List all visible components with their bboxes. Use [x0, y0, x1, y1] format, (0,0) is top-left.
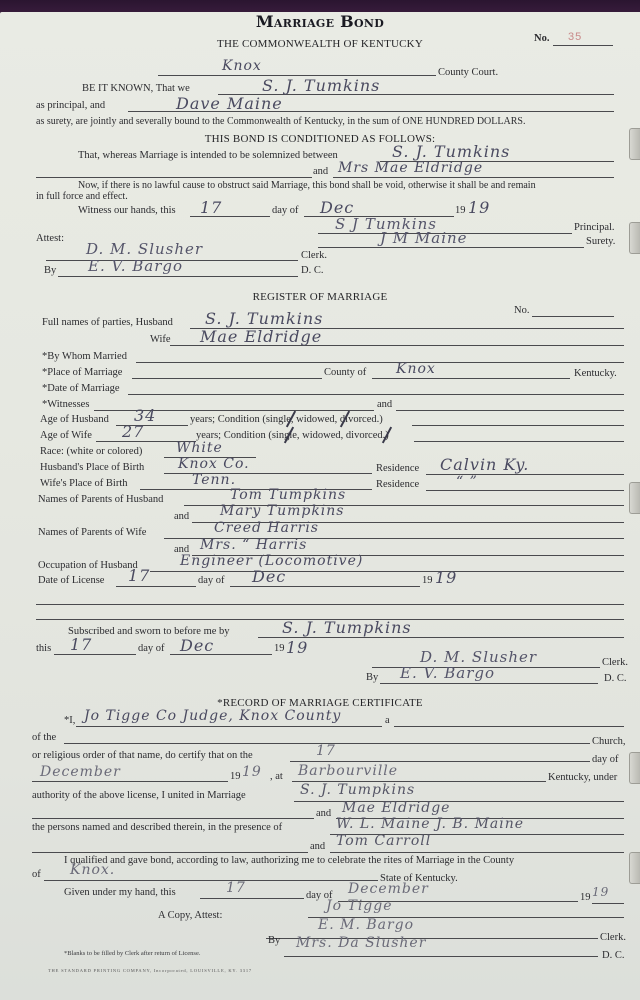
by-whom-married-label: *By Whom Married — [42, 351, 127, 362]
document-title: Marriage Bond — [0, 12, 640, 31]
date-of-marriage-label: *Date of Marriage — [42, 383, 120, 394]
rule — [318, 247, 584, 248]
husband-name-label: Full names of parties, Husband — [42, 317, 173, 328]
age-wife-label: Age of Wife — [40, 430, 92, 441]
rule — [380, 683, 598, 684]
now-text-line-1: Now, if there is no lawful cause to obst… — [78, 180, 536, 191]
rule — [136, 362, 624, 363]
cert-presence-label: the persons named and described therein,… — [32, 822, 282, 833]
rule — [396, 410, 624, 411]
rule — [230, 586, 420, 587]
rule — [132, 378, 322, 379]
cert-clerk-label: Clerk. — [600, 932, 626, 943]
given-year-suffix: 19 — [592, 885, 609, 899]
cert-religious-label: or religious order of that name, do cert… — [32, 750, 253, 761]
clerk-label: Clerk. — [301, 250, 327, 261]
cert-deputy-signature: Mrs. Da Slusher — [296, 935, 426, 951]
sworn-year-suffix: 19 — [286, 638, 308, 657]
register-heading: REGISTER OF MARRIAGE — [0, 291, 640, 303]
cert-and-label: and — [316, 808, 331, 819]
county-handwritten: Knox — [222, 58, 262, 74]
cert-dc-label: D. C. — [602, 950, 624, 961]
wife-name: Mae Eldridge — [200, 327, 322, 346]
now-text-line-2: in full force and effect. — [36, 191, 128, 202]
page-tab — [629, 482, 640, 514]
surety-text: as surety, are jointly and severally bou… — [36, 116, 525, 127]
county-of-label: County of — [324, 367, 366, 378]
rule — [32, 852, 308, 853]
bride-value: Mae Eldridge — [342, 800, 450, 816]
rule — [414, 441, 624, 442]
sworn-day-of-label: day of — [138, 643, 165, 654]
wife-mother-value: Mrs. “ Harris — [200, 537, 307, 553]
husband-residence-value: Calvin Ky. — [440, 455, 529, 474]
condition-wife-label: years; Condition (single, widowed, divor… — [196, 430, 389, 441]
sworn-clerk-label: Clerk. — [602, 657, 628, 668]
and-label: and — [313, 166, 328, 177]
license-day-value: 17 — [128, 566, 150, 585]
rule — [200, 898, 304, 899]
cert-given-year-prefix: 19 — [580, 892, 591, 903]
wife-name-label: Wife — [150, 334, 171, 345]
dc-label: D. C. — [301, 265, 323, 276]
given-month-value: December — [348, 881, 429, 897]
rule — [412, 425, 624, 426]
sworn-this-label: this — [36, 643, 51, 654]
copy-attest-label: A Copy, Attest: — [158, 910, 222, 921]
sworn-dc-label: D. C. — [604, 673, 626, 684]
principal-label: Principal. — [574, 222, 615, 233]
party-2-name: Mrs Mae Eldridge — [338, 160, 483, 176]
cert-day-value: 17 — [316, 743, 336, 759]
day-of-label: day of — [272, 205, 299, 216]
wife-birthplace-value: Tenn. — [192, 472, 236, 488]
cert-i-label: *I, — [64, 715, 75, 726]
rule — [333, 177, 614, 178]
given-day-value: 17 — [226, 880, 246, 896]
printer-imprint: THE STANDARD PRINTING COMPANY, Incorpora… — [48, 968, 252, 973]
husband-mother-value: Mary Tumpkins — [220, 503, 345, 519]
race-value: White — [176, 440, 223, 456]
by-label: By — [44, 265, 56, 276]
cert-church-label: Church, — [592, 736, 626, 747]
license-year-prefix: 19 — [422, 575, 433, 586]
rule — [76, 726, 382, 727]
cert-by-label: By — [268, 935, 280, 946]
cert-given-label: Given under my hand, this — [64, 887, 176, 898]
rule — [426, 490, 624, 491]
rule — [592, 903, 624, 904]
principal-name: S. J. Tumkins — [262, 76, 380, 95]
rule — [150, 571, 624, 572]
husband-parents-and-label: and — [174, 511, 189, 522]
rule — [36, 177, 312, 178]
cert-witness-1-value: W. L. Maine J. B. Maine — [336, 816, 524, 832]
sworn-by-label: By — [366, 672, 378, 683]
sworn-year-prefix: 19 — [274, 643, 285, 654]
bond-number-label: No. — [534, 33, 549, 44]
rule — [58, 276, 298, 277]
husband-birthplace-value: Knox Co. — [178, 456, 250, 472]
page-tab — [629, 222, 640, 254]
husband-name: S. J. Tumkins — [205, 309, 323, 328]
license-month-value: Dec — [252, 567, 286, 586]
wife-birthplace-label: Wife's Place of Birth — [40, 478, 128, 489]
cert-year-prefix: 19 — [230, 771, 241, 782]
license-day-of-label: day of — [198, 575, 225, 586]
party-1-name: S. J. Tumkins — [392, 142, 510, 161]
conditioned-heading: THIS BOND IS CONDITIONED AS FOLLOWS: — [0, 133, 640, 145]
whereas-label: That, whereas Marriage is intended to be… — [78, 150, 338, 161]
license-year-suffix: 19 — [435, 568, 457, 587]
husband-residence-label: Residence — [376, 463, 419, 474]
rule — [330, 852, 624, 853]
surety-name: Dave Maine — [176, 94, 283, 113]
cert-place-value: Barbourville — [298, 763, 398, 779]
officiant-value: Jo Tigge Co Judge, Knox County — [84, 708, 341, 724]
county-value: Knox — [396, 361, 436, 377]
cert-kentucky-under-label: Kentucky, under — [548, 772, 617, 783]
be-it-known-label: BE IT KNOWN, That we — [82, 83, 190, 94]
sworn-day-value: 17 — [70, 635, 92, 654]
cert-of-label: of — [32, 869, 41, 880]
deputy-signature: E. V. Bargo — [88, 257, 183, 275]
cert-day-of-label: day of — [592, 754, 619, 765]
cert-a-label: a — [385, 715, 390, 726]
husband-father-value: Tom Tumpkins — [230, 487, 346, 503]
cert-county-value: Knox. — [70, 862, 115, 878]
parents-husband-label: Names of Parents of Husband — [38, 494, 163, 505]
bond-number-value: 35 — [568, 31, 582, 43]
rule — [54, 654, 136, 655]
cert-authority-label: authority of the above license, I united… — [32, 790, 246, 801]
parents-wife-label: Names of Parents of Wife — [38, 527, 146, 538]
surety-label: Surety. — [586, 236, 615, 247]
rule — [553, 45, 613, 46]
year-prefix: 19 — [455, 205, 466, 216]
cert-clerk-signature: E. M. Bargo — [318, 917, 414, 933]
cert-year-suffix: 19 — [242, 764, 262, 780]
sworn-by-value: S. J. Tumpkins — [282, 618, 412, 637]
occupation-label: Occupation of Husband — [38, 560, 138, 571]
attest-label: Attest: — [36, 233, 64, 244]
county-court-label: County Court. — [438, 67, 498, 78]
age-husband-label: Age of Husband — [40, 414, 109, 425]
rule — [284, 956, 598, 957]
officiant-signature: Jo Tigge — [326, 898, 393, 914]
cert-qualified-text: I qualified and gave bond, according to … — [64, 855, 514, 866]
rule — [394, 726, 624, 727]
wife-residence-label: Residence — [376, 479, 419, 490]
register-number-label: No. — [514, 305, 529, 316]
place-of-marriage-label: *Place of Marriage — [42, 367, 122, 378]
husband-birthplace-label: Husband's Place of Birth — [40, 462, 144, 473]
rule — [258, 637, 624, 638]
rule — [36, 604, 624, 605]
witness-year-suffix: 19 — [468, 198, 490, 217]
witnesses-and-label: and — [377, 399, 392, 410]
cert-of-the-label: of the — [32, 732, 56, 743]
witness-label: Witness our hands, this — [78, 205, 176, 216]
page-tab — [629, 852, 640, 884]
wife-father-value: Creed Harris — [214, 520, 319, 536]
witness-day: 17 — [200, 198, 222, 217]
groom-value: S. J. Tumpkins — [300, 782, 415, 798]
sworn-month-value: Dec — [180, 636, 214, 655]
wife-residence-value: “ ” — [456, 474, 478, 490]
cert-month-value: December — [40, 764, 121, 780]
rule — [32, 781, 228, 782]
blanks-note: *Blanks to be filled by Clerk after retu… — [64, 950, 200, 957]
sworn-deputy-signature: E. V. Bargo — [400, 664, 495, 682]
rule — [44, 880, 378, 881]
cert-witness-and-label: and — [310, 841, 325, 852]
kentucky-label: Kentucky. — [574, 368, 617, 379]
rule — [116, 586, 196, 587]
race-label: Race: (white or colored) — [40, 446, 142, 457]
as-principal-label: as principal, and — [36, 100, 105, 111]
rule — [128, 394, 624, 395]
rule — [372, 378, 570, 379]
cert-witness-2-value: Tom Carroll — [336, 833, 431, 849]
page-tab — [629, 752, 640, 784]
witnesses-label: *Witnesses — [42, 399, 89, 410]
rule — [532, 316, 614, 317]
cert-at-label: , at — [270, 771, 283, 782]
age-wife-value: 27 — [122, 422, 144, 441]
rule — [32, 818, 314, 819]
license-date-label: Date of License — [38, 575, 104, 586]
rule — [290, 761, 590, 762]
clerk-signature: D. M. Slusher — [86, 240, 203, 258]
surety-signature: J M Maine — [380, 229, 468, 247]
